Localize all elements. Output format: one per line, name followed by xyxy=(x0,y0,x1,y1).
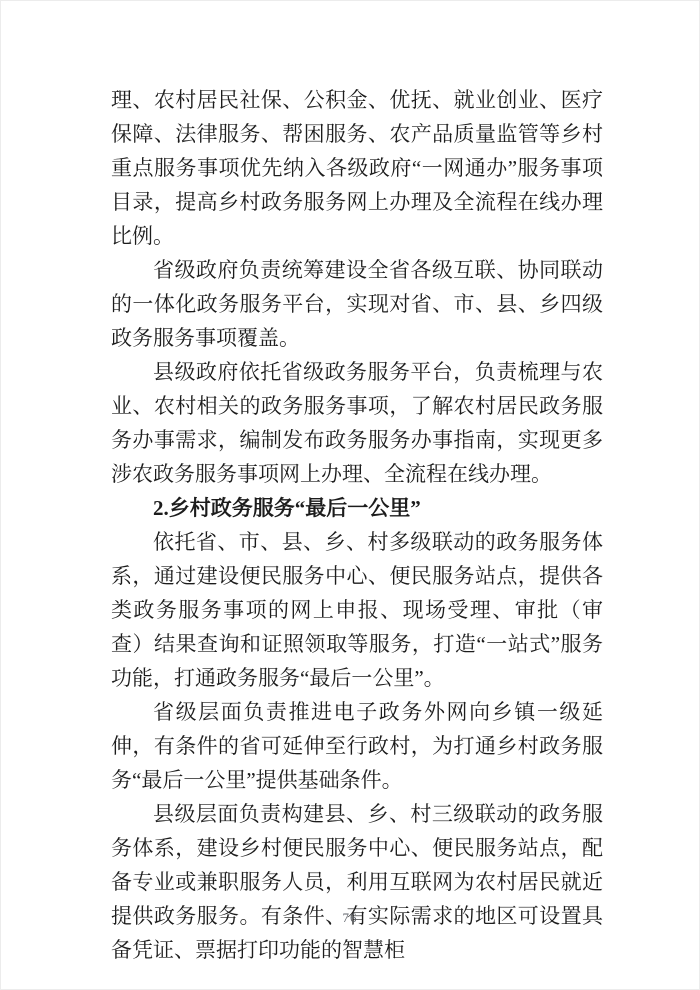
section-heading-last-mile: 2.乡村政务服务“最后一公里” xyxy=(111,491,603,525)
paragraph-county-platform: 县级政府依托省级政务服务平台，负责梳理与农业、农村相关的政务服务事项，了解农村居… xyxy=(111,355,603,491)
page-number: 76 xyxy=(1,909,699,927)
paragraph-continuation: 理、农村居民社保、公积金、优抚、就业创业、医疗保障、法律服务、帮困服务、农产品质… xyxy=(111,83,603,253)
paragraph-provincial-platform: 省级政府负责统筹建设全省各级互联、协同联动的一体化政务服务平台，实现对省、市、县… xyxy=(111,253,603,355)
document-page: 理、农村居民社保、公积金、优抚、就业创业、医疗保障、法律服务、帮困服务、农产品质… xyxy=(0,0,700,990)
paragraph-county-system: 县级层面负责构建县、乡、村三级联动的政务服务体系，建设乡村便民服务中心、便民服务… xyxy=(111,797,603,967)
paragraph-provincial-extension: 省级层面负责推进电子政务外网向乡镇一级延伸，有条件的省可延伸至行政村，为打通乡村… xyxy=(111,695,603,797)
document-body: 理、农村居民社保、公积金、优抚、就业创业、医疗保障、法律服务、帮困服务、农产品质… xyxy=(111,83,603,967)
paragraph-service-system: 依托省、市、县、乡、村多级联动的政务服务体系，通过建设便民服务中心、便民服务站点… xyxy=(111,525,603,695)
